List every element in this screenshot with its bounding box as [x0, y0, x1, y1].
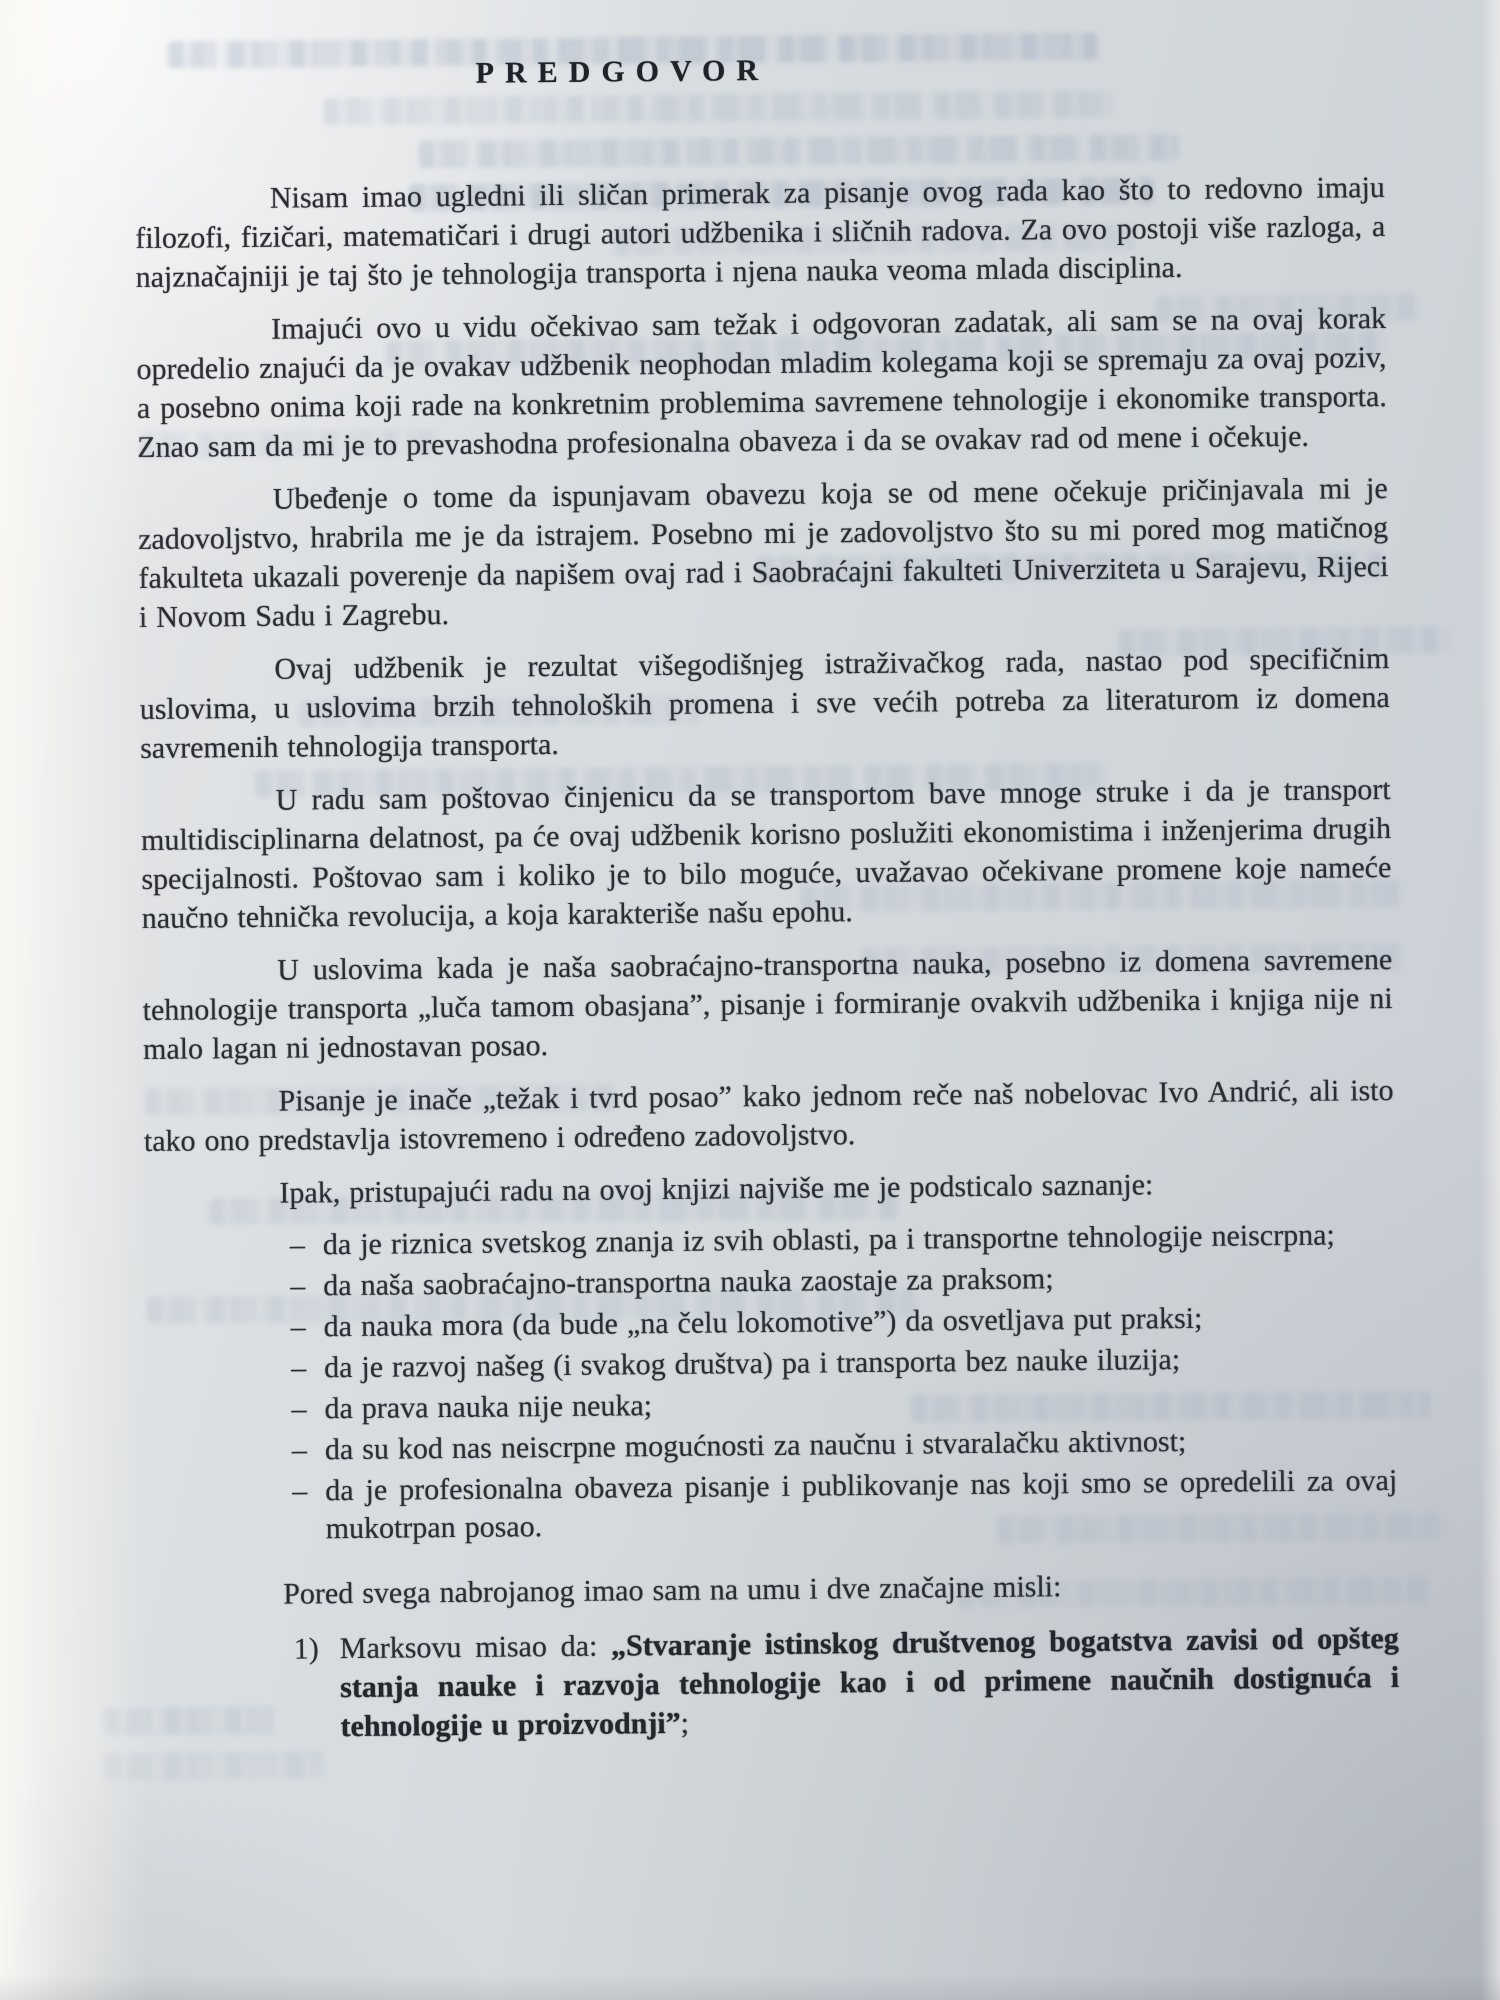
bullet-marker: – — [292, 1431, 325, 1469]
text-column: PREDGOVOR Nisam imao ugledni ili sličan … — [134, 48, 1400, 1748]
paragraph: Ovaj udžbenik je rezultat višegodišnjeg … — [139, 639, 1390, 768]
page-title: PREDGOVOR — [134, 48, 1384, 94]
closing-line: Pored svega nabrojanog imao sam na umu i… — [148, 1564, 1398, 1615]
list-item: – da su kod nas neiscrpne mogućnosti za … — [292, 1421, 1397, 1470]
bullet-marker: – — [290, 1226, 323, 1264]
scanned-book-page: PREDGOVOR Nisam imao ugledni ili sličan … — [0, 0, 1500, 2000]
item-number: 1) — [294, 1629, 341, 1746]
list-item: – da naša saobraćajno-transportna nauka … — [290, 1257, 1395, 1306]
paragraph: Ubeđenje o tome da ispunjavam obavezu ko… — [138, 469, 1389, 637]
list-item: – da je razvoj našeg (i svakog društva) … — [291, 1339, 1396, 1388]
paragraph: U radu sam poštovao činjenicu da se tran… — [140, 770, 1391, 938]
item-tail: ; — [681, 1707, 690, 1740]
paragraph: Ipak, pristupajući radu na ovoj knjizi n… — [144, 1163, 1394, 1214]
list-item: – da je riznica svetskog znanja iz svih … — [290, 1216, 1395, 1265]
list-item: – da nauka mora (da bude „na čelu lokomo… — [291, 1298, 1396, 1347]
bullet-marker: – — [292, 1472, 326, 1548]
list-item: – da prava nauka nije neuka; — [291, 1380, 1396, 1429]
bullet-marker: – — [291, 1390, 324, 1428]
list-item-text: da je riznica svetskog znanja iz svih ob… — [323, 1216, 1395, 1264]
bullet-marker: – — [291, 1349, 324, 1387]
page-edge-highlight-right — [1480, 0, 1500, 2000]
list-item-text: da je profesionalna obaveza pisanje i pu… — [325, 1462, 1398, 1548]
page-edge-shadow-bottom — [0, 1974, 1500, 2000]
list-item: – da je profesionalna obaveza pisanje i … — [292, 1462, 1398, 1549]
paragraph: U uslovima kada je naša saobraćajno-tran… — [142, 940, 1393, 1069]
page-edge-highlight-left — [0, 0, 150, 2000]
bullet-marker: – — [290, 1267, 323, 1305]
bleedthrough-line — [104, 1751, 324, 1780]
item-lead: Marksovu misao da: — [340, 1630, 612, 1666]
paragraph: Pisanje je inače „težak i tvrd posao” ka… — [143, 1071, 1394, 1161]
list-item-text: da naša saobraćajno-transportna nauka za… — [323, 1257, 1395, 1305]
item-text: Marksovu misao da: „Stvaranje istinskog … — [340, 1619, 1400, 1746]
list-item-text: da je razvoj našeg (i svakog društva) pa… — [324, 1339, 1396, 1387]
list-item-text: da nauka mora (da bude „na čelu lokomoti… — [324, 1298, 1396, 1346]
list-item-text: da su kod nas neiscrpne mogućnosti za na… — [325, 1421, 1397, 1469]
bullet-marker: – — [291, 1308, 324, 1346]
paragraph: Nisam imao ugledni ili sličan primerak z… — [135, 168, 1386, 297]
bullet-list: – da je riznica svetskog znanja iz svih … — [145, 1216, 1398, 1550]
paragraph: Imajući ovo u vidu očekivao sam težak i … — [136, 299, 1387, 467]
list-item-text: da prava nauka nije neuka; — [324, 1380, 1396, 1428]
numbered-item: 1) Marksovu misao da: „Stvaranje istinsk… — [149, 1619, 1400, 1748]
